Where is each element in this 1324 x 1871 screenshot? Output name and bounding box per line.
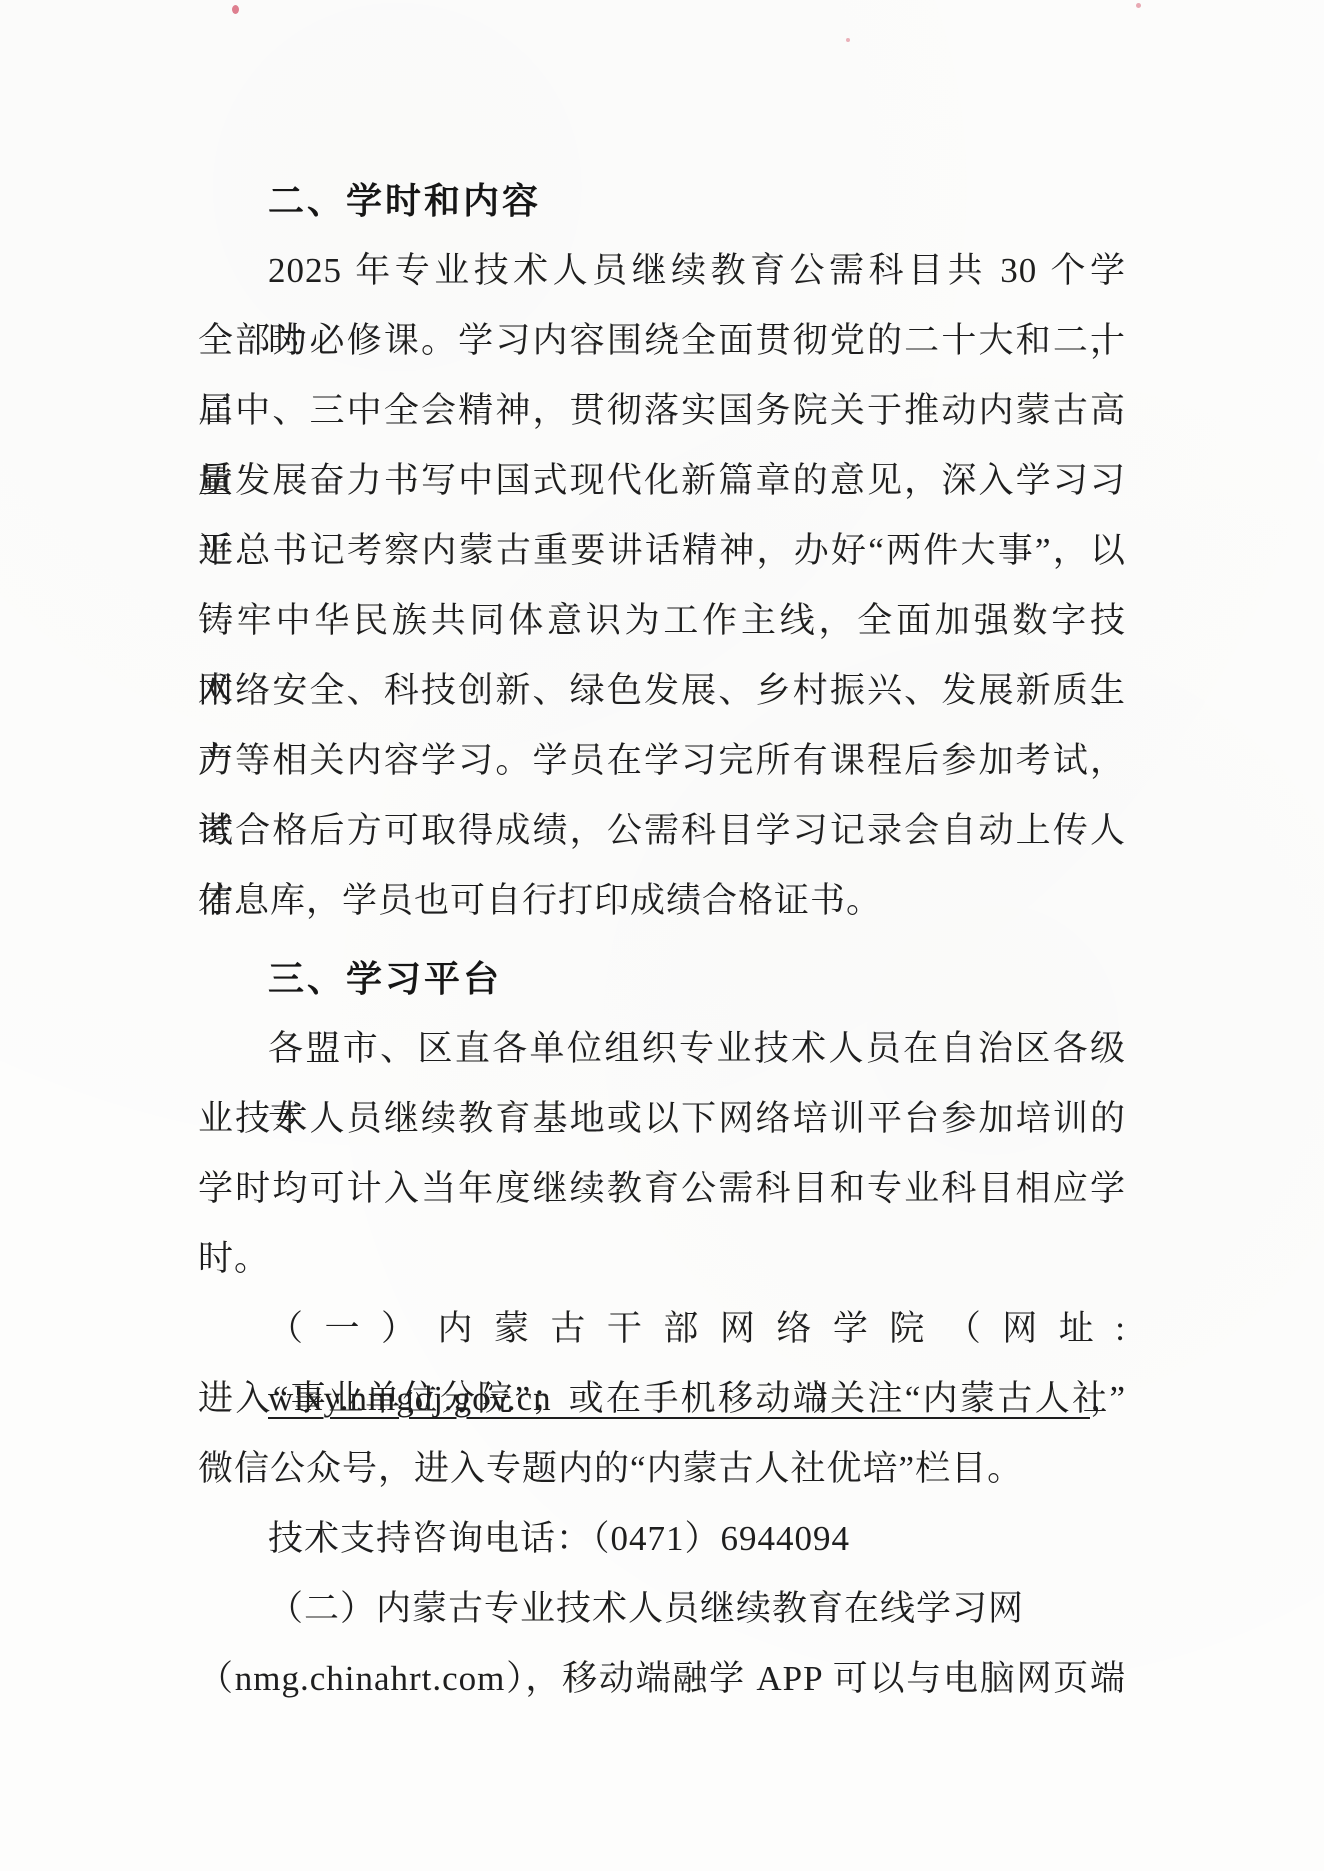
text-line: 时。 [198, 1224, 1126, 1294]
text-line: 进入“事业单位分院”；或在手机移动端关注“内蒙古人社” [198, 1364, 1126, 1434]
text-line: 平总书记考察内蒙古重要讲话精神，办好“两件大事”，以 [198, 516, 1126, 586]
text-line: 力等相关内容学习。学员在学习完所有课程后参加考试，考 [198, 726, 1126, 796]
text-line: 学时均可计入当年度继续教育公需科目和专业科目相应学 [198, 1154, 1126, 1224]
scan-speck [232, 5, 239, 14]
text-line: 量发展奋力书写中国式现代化新篇章的意见，深入学习习近 [198, 446, 1126, 516]
scanned-document-page: 二、学时和内容2025 年专业技术人员继续教育公需科目共 30 个学时，全部为必… [0, 0, 1324, 1871]
document-content: 二、学时和内容2025 年专业技术人员继续教育公需科目共 30 个学时，全部为必… [198, 168, 1126, 1714]
text-line: （一）内蒙古干部网络学院（网址: wlxy.nmgdj.gov.cn）， [198, 1294, 1126, 1364]
text-line: 各盟市、区直各单位组织专业技术人员在自治区各级专 [198, 1014, 1126, 1084]
text-line: （nmg.chinahrt.com），移动端融学 APP 可以与电脑网页端 [198, 1644, 1126, 1714]
text-line: 全部为必修课。学习内容围绕全面贯彻党的二十大和二十届 [198, 306, 1126, 376]
text-line: 技术支持咨询电话：（0471）6944094 [198, 1504, 1126, 1574]
scan-speck [846, 38, 850, 42]
text-line: 微信公众号，进入专题内的“内蒙古人社优培”栏目。 [198, 1434, 1126, 1504]
section-heading: 二、学时和内容 [198, 168, 1126, 234]
text-line: 二中、三中全会精神，贯彻落实国务院关于推动内蒙古高质 [198, 376, 1126, 446]
scan-speck [1136, 3, 1141, 8]
text-segment: （一）内蒙古干部网络学院（网址: [268, 1309, 1126, 1348]
text-line: 信息库，学员也可自行打印成绩合格证书。 [198, 866, 1126, 936]
text-line: 业技术人员继续教育基地或以下网络培训平台参加培训的 [198, 1084, 1126, 1154]
text-line: 铸牢中华民族共同体意识为工作主线，全面加强数字技术、 [198, 586, 1126, 656]
text-line: （二）内蒙古专业技术人员继续教育在线学习网 [198, 1574, 1126, 1644]
text-line: 网络安全、科技创新、绿色发展、乡村振兴、发展新质生产 [198, 656, 1126, 726]
text-line: 试合格后方可取得成绩，公需科目学习记录会自动上传人才 [198, 796, 1126, 866]
text-line: 2025 年专业技术人员继续教育公需科目共 30 个学时， [198, 236, 1126, 306]
section-heading: 三、学习平台 [198, 946, 1126, 1012]
